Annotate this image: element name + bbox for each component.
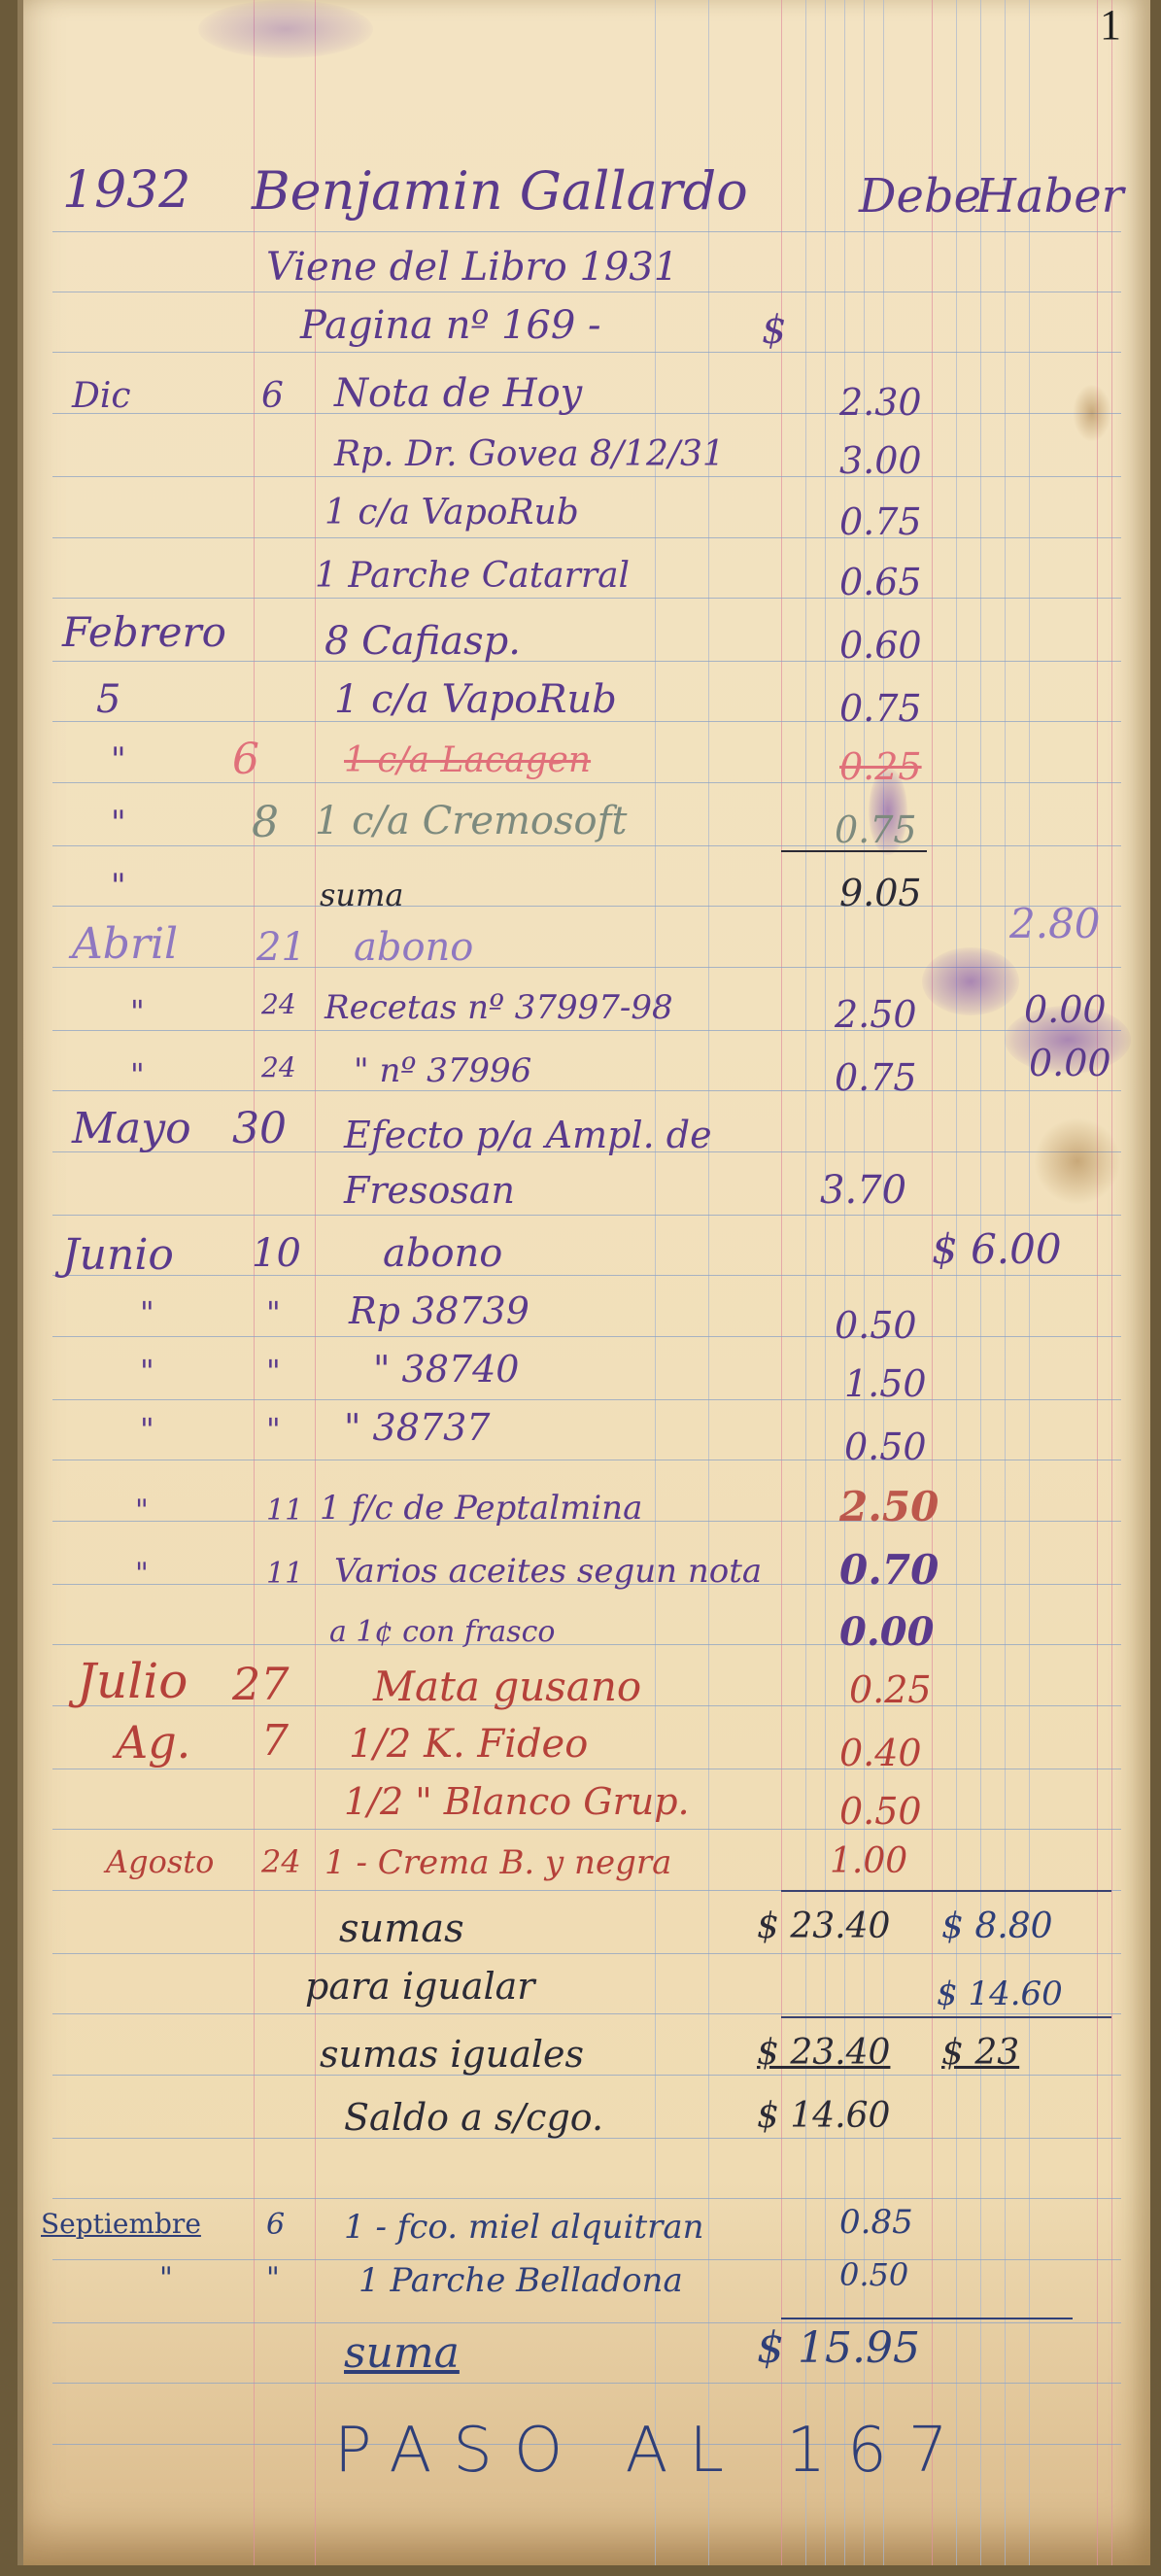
credit-header: Haber [975, 173, 1124, 220]
column-rule [932, 0, 933, 2565]
entry-month: Dic [72, 379, 131, 414]
entry-description: 1 c/a Lacagen [344, 743, 591, 778]
column-rule [1029, 0, 1030, 2565]
entry-description: Rp. Dr. Govea 8/12/31 [334, 437, 725, 472]
currency-symbol: $ [762, 311, 786, 350]
ledger-page: 1 1932 Benjamin Gallardo Debe Haber Vien… [17, 0, 1150, 2565]
entry-description: 1/2 K. Fideo [349, 1725, 588, 1764]
entry-description: Efecto p/a Ampl. de Fresosan [344, 1108, 733, 1219]
entry-month: Julio [77, 1657, 188, 1705]
account-name: Benjamin Gallardo [252, 165, 748, 218]
entry-description: 1 Parche Catarral [315, 559, 630, 594]
entry-description: 1 - fco. miel alquitran [344, 2211, 704, 2244]
entry-debit: 0.50 [839, 1793, 922, 1830]
entry-day: 10 [252, 1234, 301, 1273]
ink-blot [198, 0, 373, 58]
entry-month: Agosto [106, 1846, 214, 1877]
entry-month: Mayo [72, 1108, 191, 1151]
sumas-iguales-debit: $ 23.40 [757, 2036, 890, 2071]
entry-description: Mata gusano [373, 1666, 641, 1707]
para-igualar-credit: $ 14.60 [937, 1977, 1063, 2010]
page-number: 1 [1100, 0, 1121, 50]
entry-debit: 0.40 [839, 1735, 922, 1771]
entry-debit: 0.65 [839, 564, 922, 601]
sumas-label: sumas [339, 1909, 464, 1948]
entry-debit: 2.30 [839, 384, 922, 421]
sumas-iguales-label: sumas iguales [320, 2036, 584, 2073]
entry-description: 1/2 " Blanco Grup. [344, 1783, 690, 1820]
entry-description: " 38737 [344, 1409, 490, 1446]
ledger-year: 1932 [62, 165, 190, 216]
column-rule [825, 0, 826, 2565]
entry-month: " [111, 807, 126, 840]
entry-description: 1 c/a VapoRub [324, 496, 579, 531]
entry-debit: 2.50 [835, 996, 917, 1033]
entry-month: " [140, 1297, 154, 1328]
entry-debit: 1.50 [844, 1365, 927, 1402]
entry-month: " [159, 2264, 173, 2293]
entry-month: " [135, 1496, 149, 1526]
entry-description: 1 - Crema B. y negra [324, 1846, 671, 1879]
para-igualar-label: para igualar [305, 1968, 534, 2005]
margin-rule [254, 0, 255, 2565]
entry-description: " 38740 [373, 1351, 519, 1388]
entry-debit: 0.70 [839, 1550, 939, 1591]
column-rule [655, 0, 656, 2565]
entry-debit: 0.75 [835, 1059, 917, 1096]
carried-from-label: Viene del Libro 1931 [266, 248, 678, 287]
debit-header: Debe [859, 173, 981, 220]
final-total-label: suma [344, 2332, 460, 2375]
entry-month: Junio [62, 1234, 174, 1277]
entry-month: Septiembre [41, 2211, 201, 2238]
entry-debit: 9.05 [839, 875, 922, 911]
entry-description: 1 f/c de Peptalmina [320, 1492, 642, 1525]
entry-description: suma [320, 879, 403, 910]
totals-rule [781, 1890, 1111, 1892]
saldo-value: $ 14.60 [757, 2099, 890, 2134]
entry-month: 5 [96, 680, 120, 719]
entry-debit: 0.75 [839, 690, 922, 727]
entry-day: 11 [266, 1496, 303, 1526]
column-rule [781, 0, 782, 2565]
entry-debit: 0.60 [839, 627, 922, 664]
column-rule [708, 0, 709, 2565]
entry-debit: 3.00 [839, 442, 922, 479]
entry-debit: 0.50 [839, 2259, 908, 2290]
sumas-credit: $ 8.80 [941, 1909, 1053, 1944]
entry-description: abono [354, 928, 473, 967]
entry-debit: 3.70 [820, 1171, 906, 1210]
entry-debit: 0.50 [844, 1428, 927, 1465]
entry-day: 11 [266, 1560, 303, 1589]
entry-debit: 0.50 [835, 1307, 917, 1344]
ink-blot [922, 947, 1019, 1015]
entry-month: " [130, 996, 145, 1027]
entry-description: 1 Parche Belladona [359, 2264, 683, 2297]
entry-day: 8 [252, 802, 279, 844]
entry-month: Febrero [62, 612, 226, 653]
column-rule [956, 0, 957, 2565]
entry-day: 7 [261, 1720, 289, 1763]
entry-description: Nota de Hoy [334, 374, 582, 413]
entry-debit: 0.75 [835, 811, 917, 848]
entry-day: " [266, 1414, 281, 1445]
entry-credit: 0.00 [1024, 991, 1107, 1028]
entry-month: Abril [72, 923, 178, 966]
entry-day: 24 [261, 991, 296, 1018]
entry-description: 8 Cafiasp. [324, 622, 521, 661]
stain [1034, 1117, 1121, 1205]
entry-debit: 0.25 [849, 1671, 932, 1708]
entry-description: a 1¢ con frasco [329, 1618, 555, 1647]
entry-debit: 1.00 [830, 1844, 907, 1879]
entry-day: 24 [261, 1054, 296, 1082]
entry-credit: $ 6.00 [932, 1229, 1062, 1270]
entry-debit: 0.85 [839, 2206, 913, 2239]
entry-day: " [266, 2264, 280, 2293]
column-rule [980, 0, 981, 2565]
entry-description: " nº 37996 [354, 1054, 531, 1087]
para-igualar-rule [781, 2016, 1111, 2018]
saldo-label: Saldo a s/cgo. [344, 2099, 603, 2136]
entry-day: 6 [232, 738, 259, 781]
entry-month: " [135, 1560, 149, 1589]
entry-day: 21 [256, 928, 306, 967]
entry-month: " [140, 1414, 154, 1445]
entry-day: " [266, 1297, 281, 1328]
entry-credit: 0.00 [1029, 1045, 1111, 1082]
sumas-debit: $ 23.40 [757, 1909, 890, 1944]
entry-day: 30 [232, 1108, 287, 1151]
entry-month: " [111, 743, 126, 776]
footer-note: PASO AL 167 [334, 2420, 970, 2482]
final-total-rule [781, 2318, 1073, 2319]
stain [1073, 384, 1111, 442]
entry-day: 6 [261, 379, 284, 414]
final-total-value: $ 15.95 [757, 2327, 920, 2370]
entry-description: 1 c/a VapoRub [334, 680, 617, 719]
subtotal-rule [781, 850, 927, 852]
entry-description: 1 c/a Cremosoft [315, 802, 628, 841]
carried-page-label: Pagina nº 169 - [300, 306, 601, 345]
entry-day: 27 [232, 1662, 290, 1706]
column-rule [1005, 0, 1006, 2565]
entry-description: abono [383, 1234, 502, 1273]
entry-description: Varios aceites segun nota [334, 1555, 762, 1588]
entry-day: " [266, 1356, 281, 1387]
entry-day: 24 [261, 1846, 301, 1877]
column-rule [805, 0, 806, 2565]
entry-month: " [111, 870, 126, 903]
entry-debit: 0.00 [839, 1613, 934, 1652]
column-rule [1111, 0, 1112, 2565]
entry-debit: 0.25 [839, 748, 922, 785]
entry-month: " [130, 1059, 145, 1090]
entry-debit: 0.75 [839, 503, 922, 540]
entry-description: Rp 38739 [349, 1292, 529, 1329]
entry-month: Ag. [116, 1720, 190, 1765]
entry-debit: 2.50 [839, 1487, 939, 1528]
sumas-iguales-credit: $ 23 [941, 2036, 1019, 2071]
margin-rule [315, 0, 316, 2565]
entry-day: 6 [266, 2211, 285, 2240]
entry-credit: 2.80 [1009, 904, 1101, 945]
entry-month: " [140, 1356, 154, 1387]
entry-description: Recetas nº 37997-98 [324, 991, 673, 1024]
